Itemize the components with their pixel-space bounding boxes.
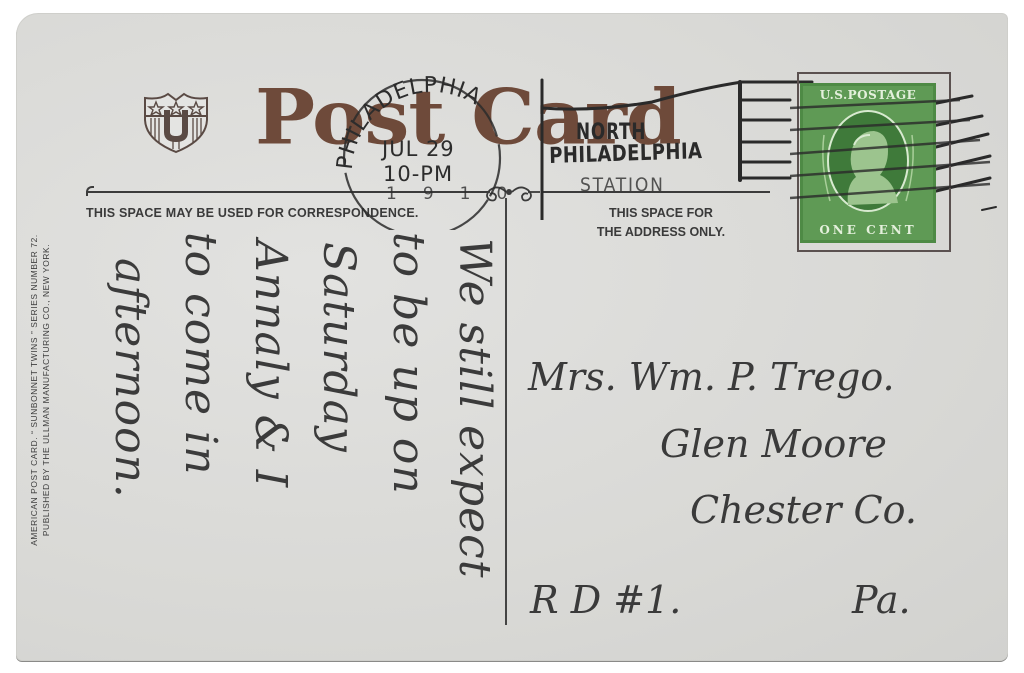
message-line-5: to come in — [175, 232, 226, 475]
postmark-year-left: 19 — [386, 184, 460, 204]
cancellation-line-3: STATION — [580, 174, 665, 196]
postmark-date: JUL 29 — [382, 137, 455, 161]
message-line-3: Saturday — [313, 242, 364, 453]
publisher-line-1: AMERICAN POST CARD. “ SUNBONNET TWINS ” … — [28, 120, 40, 660]
stamp-bottom-text: ONE CENT — [808, 223, 928, 237]
postmark-time: 10-PM — [383, 162, 453, 186]
address-label-line-2: THE ADDRESS ONLY. — [566, 223, 756, 242]
postmark-year-right: 10 — [460, 184, 534, 204]
message-line-6: afternoon. — [105, 258, 156, 499]
address-state: Pa. — [852, 578, 911, 622]
address-line-1: Mrs. Wm. P. Trego. — [528, 355, 895, 399]
address-line-2: Glen Moore — [660, 422, 887, 466]
cancellation-line-2: PHILADELPHIA — [549, 139, 703, 169]
message-line-1: We still expect — [449, 238, 500, 579]
stamp-cancel-lines — [790, 96, 1010, 216]
publisher-imprint: AMERICAN POST CARD. “ SUNBONNET TWINS ” … — [28, 120, 52, 660]
divider-left-cap — [86, 186, 94, 196]
postmark-year: 1910 — [386, 184, 533, 204]
message-line-2: to be up on — [383, 232, 434, 495]
address-line-3: Chester Co. — [690, 488, 917, 532]
ullman-shield-icon — [142, 92, 210, 154]
publisher-line-2: PUBLISHED BY THE ULLMAN MANUFACTURING CO… — [40, 120, 52, 660]
message-line-4: Annaly & I — [245, 240, 296, 488]
center-divider — [505, 198, 507, 625]
address-route: R D #1. — [530, 578, 681, 622]
